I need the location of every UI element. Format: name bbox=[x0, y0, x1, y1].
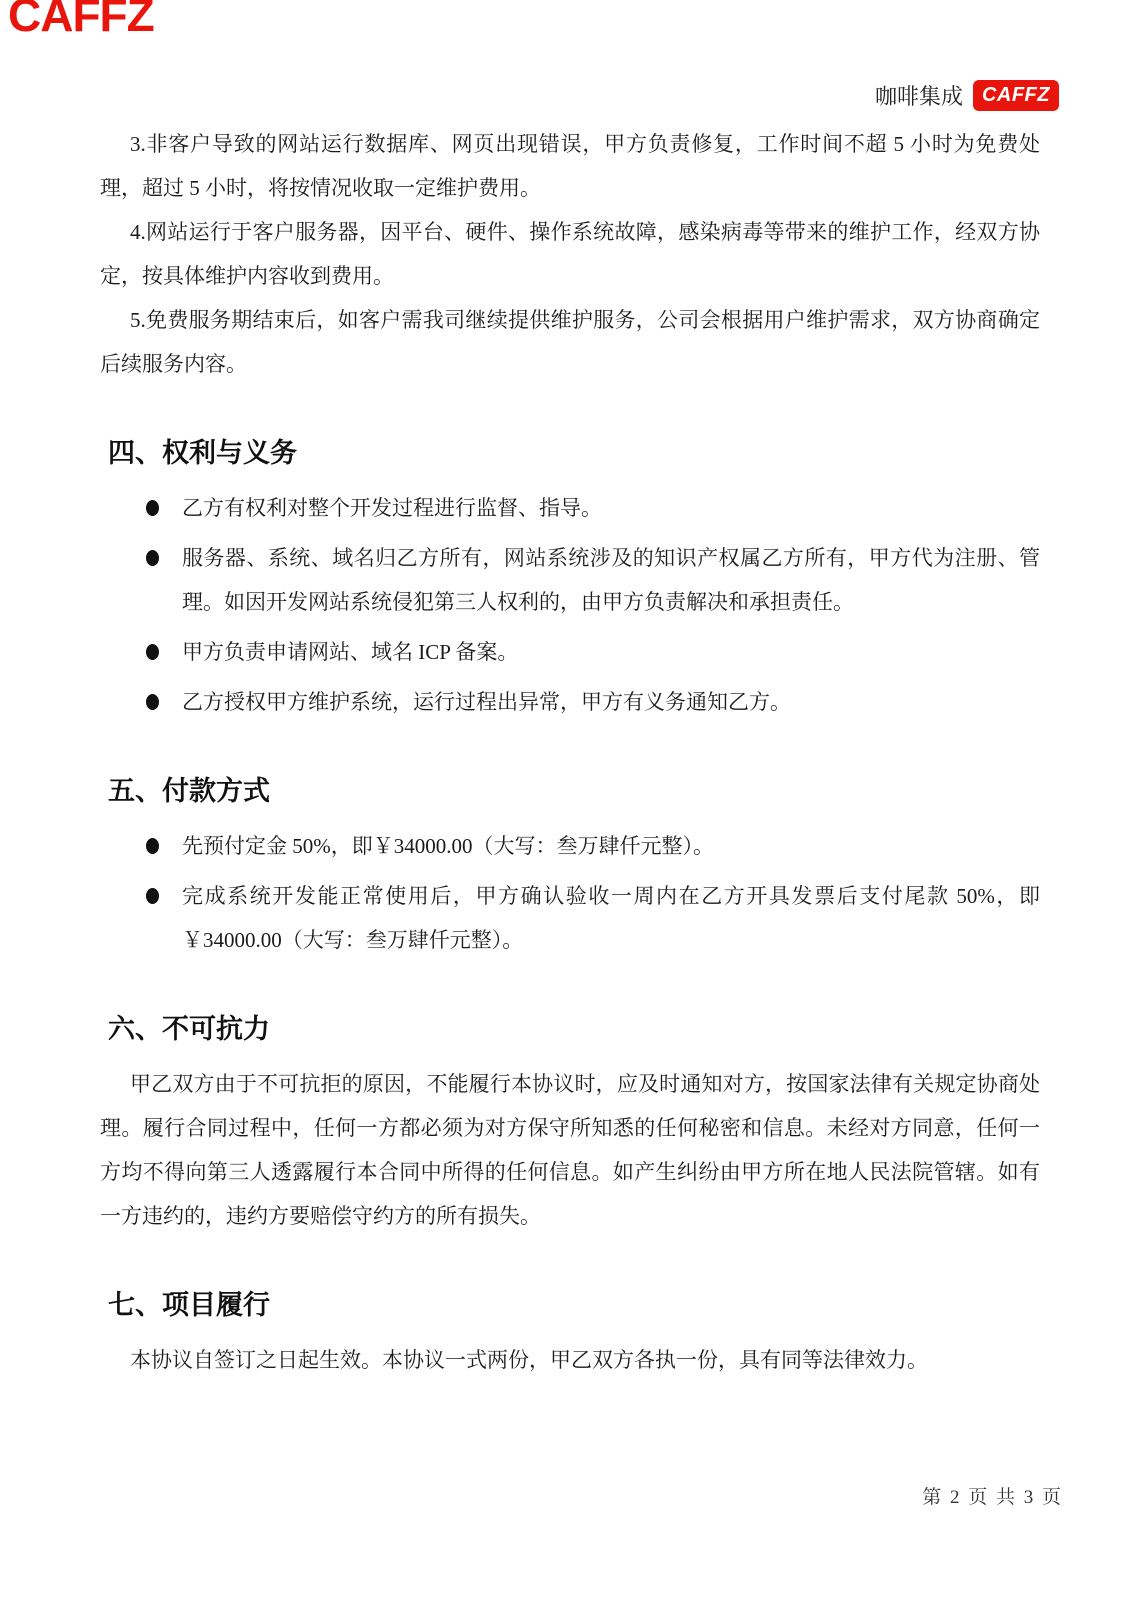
bullet-text: 乙方授权甲方维护系统，运行过程出异常，甲方有义务通知乙方。 bbox=[182, 690, 791, 714]
rights-obligations-list: 乙方有权利对整个开发过程进行监督、指导。 服务器、系统、域名归乙方所有，网站系统… bbox=[100, 486, 1040, 724]
bullet-icon bbox=[146, 644, 159, 660]
company-name: 咖啡集成 bbox=[875, 80, 963, 111]
bullet-text: 乙方有权利对整个开发过程进行监督、指导。 bbox=[182, 496, 602, 520]
bullet-icon bbox=[146, 838, 159, 854]
document-header: 咖啡集成 CAFFZ bbox=[875, 80, 1059, 111]
bullet-text: 服务器、系统、域名归乙方所有，网站系统涉及的知识产权属乙方所有，甲方代为注册、管… bbox=[182, 546, 1040, 614]
list-item: 先预付定金 50%，即￥34000.00（大写：叁万肆仟元整）。 bbox=[100, 824, 1040, 868]
caffz-corner-logo: CAFFZ bbox=[8, 0, 154, 41]
list-item: 完成系统开发能正常使用后，甲方确认验收一周内在乙方开具发票后支付尾款 50%，即… bbox=[100, 874, 1040, 962]
bullet-text: 完成系统开发能正常使用后，甲方确认验收一周内在乙方开具发票后支付尾款 50%，即… bbox=[182, 884, 1040, 952]
caffz-badge-icon: CAFFZ bbox=[973, 80, 1059, 111]
section-heading-force-majeure: 六、不可抗力 bbox=[108, 1010, 1040, 1048]
maintenance-clause-5: 5.免费服务期结束后，如客户需我司继续提供维护服务，公司会根据用户维护需求，双方… bbox=[100, 298, 1040, 386]
force-majeure-paragraph: 甲乙双方由于不可抗拒的原因，不能履行本协议时，应及时通知对方，按国家法律有关规定… bbox=[100, 1062, 1040, 1238]
performance-paragraph: 本协议自签订之日起生效。本协议一式两份，甲乙双方各执一份，具有同等法律效力。 bbox=[100, 1338, 1040, 1382]
section-heading-payment: 五、付款方式 bbox=[108, 772, 1040, 810]
bullet-text: 甲方负责申请网站、域名 ICP 备案。 bbox=[182, 640, 518, 664]
bullet-icon bbox=[146, 888, 159, 904]
bullet-text: 先预付定金 50%，即￥34000.00（大写：叁万肆仟元整）。 bbox=[182, 834, 714, 858]
payment-list: 先预付定金 50%，即￥34000.00（大写：叁万肆仟元整）。 完成系统开发能… bbox=[100, 824, 1040, 962]
list-item: 服务器、系统、域名归乙方所有，网站系统涉及的知识产权属乙方所有，甲方代为注册、管… bbox=[100, 536, 1040, 624]
maintenance-clause-3: 3.非客户导致的网站运行数据库、网页出现错误，甲方负责修复，工作时间不超 5 小… bbox=[100, 122, 1040, 210]
list-item: 乙方授权甲方维护系统，运行过程出异常，甲方有义务通知乙方。 bbox=[100, 680, 1040, 724]
maintenance-clause-4: 4.网站运行于客户服务器，因平台、硬件、操作系统故障，感染病毒等带来的维护工作，… bbox=[100, 210, 1040, 298]
page-number-indicator: 第 2 页 共 3 页 bbox=[922, 1482, 1063, 1509]
document-body: 3.非客户导致的网站运行数据库、网页出现错误，甲方负责修复，工作时间不超 5 小… bbox=[100, 122, 1040, 1382]
section-heading-performance: 七、项目履行 bbox=[108, 1286, 1040, 1324]
bullet-icon bbox=[146, 550, 159, 566]
section-heading-rights-obligations: 四、权利与义务 bbox=[108, 434, 1040, 472]
list-item: 甲方负责申请网站、域名 ICP 备案。 bbox=[100, 630, 1040, 674]
bullet-icon bbox=[146, 694, 159, 710]
bullet-icon bbox=[146, 500, 159, 516]
contract-page: CAFFZ 咖啡集成 CAFFZ 3.非客户导致的网站运行数据库、网页出现错误，… bbox=[0, 0, 1131, 1600]
list-item: 乙方有权利对整个开发过程进行监督、指导。 bbox=[100, 486, 1040, 530]
